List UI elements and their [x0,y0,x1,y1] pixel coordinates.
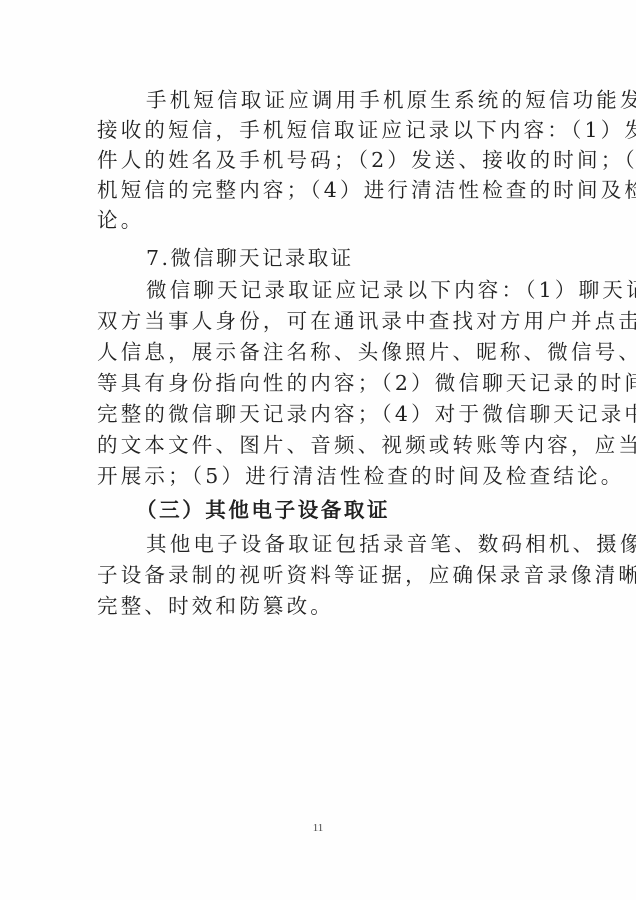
section-subheading: 7.微信聊天记录取证 [146,243,596,273]
text-line: 其他电子设备取证包括录音笔、数码相机、摄像机等电 [146,529,596,559]
text-line: 双方当事人身份，可在通讯录中查找对方用户并点击查看个 [97,306,547,336]
text-line: 完整、时效和防篡改。 [97,591,547,621]
text-line: 子设备录制的视听资料等证据，应确保录音录像清晰、数据 [97,560,547,590]
text-line: 手机短信取证应调用手机原生系统的短信功能发送和 [146,85,596,115]
text-line: 接收的短信，手机短信取证应记录以下内容：（1）发、收 [97,115,547,145]
text-line: 论。 [97,205,547,235]
text-line: 开展示；（5）进行清洁性检查的时间及检查结论。 [97,461,547,491]
text-line: 微信聊天记录取证应记录以下内容：（1）聊天记录的 [146,275,596,305]
text-line: 人信息，展示备注名称、头像照片、昵称、微信号、地区、 [97,337,547,367]
text-line: 等具有身份指向性的内容；（2）微信聊天记录的时间；（3） [97,368,547,398]
page-number: 11 [0,822,636,834]
text-line: 机短信的完整内容；（4）进行清洁性检查的时间及检查结 [97,175,547,205]
text-line: 件人的姓名及手机号码；（2）发送、接收的时间；（3）手 [97,145,547,175]
text-line: 完整的微信聊天记录内容；（4）对于微信聊天记录中涉及 [97,399,547,429]
document-page: 手机短信取证应调用手机原生系统的短信功能发送和 接收的短信，手机短信取证应记录以… [0,0,636,900]
text-line: 的文本文件、图片、音频、视频或转账等内容，应当点击打 [97,430,547,460]
section-heading: （三）其他电子设备取证 [136,495,586,525]
